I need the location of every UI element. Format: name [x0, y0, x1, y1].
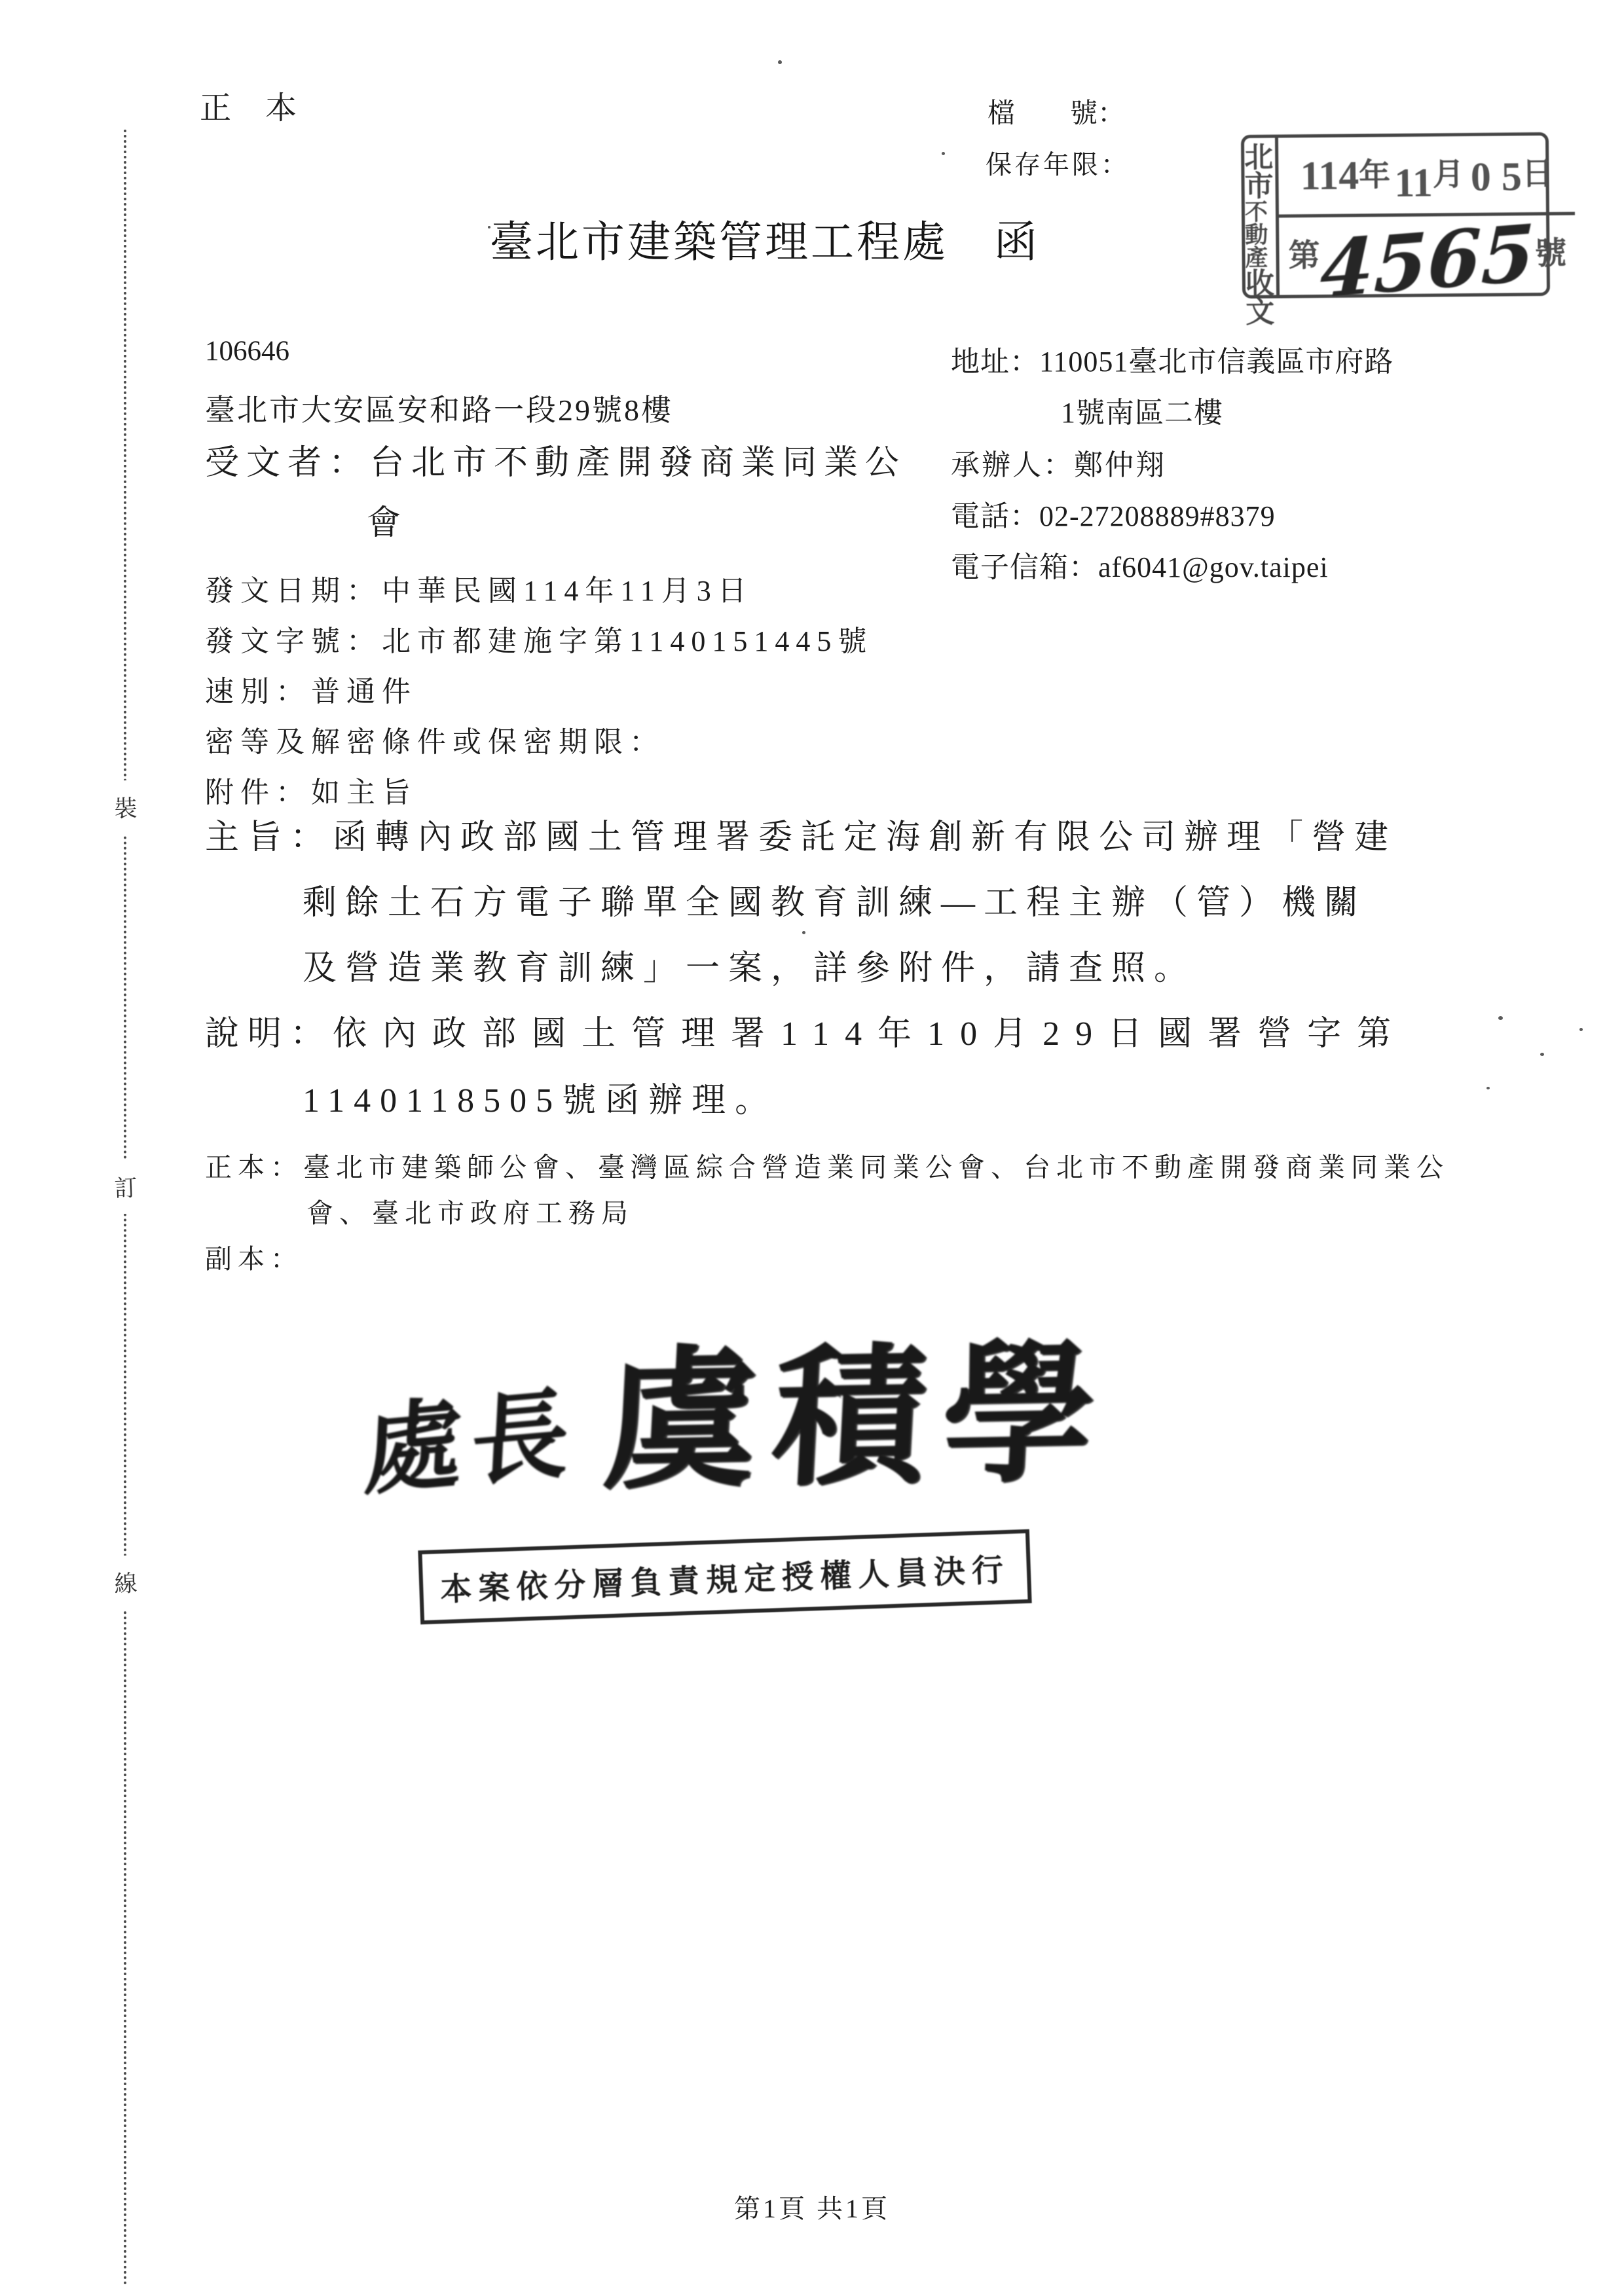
binding-mark-xian: 線: [111, 1555, 141, 1609]
page-footer: 第1頁 共1頁: [0, 2188, 1624, 2225]
stamp-number-handwritten: 4565: [1319, 214, 1536, 308]
subject-line1: 主旨：函轉內政部國土管理署委託定海創新有限公司辦理「營建: [205, 809, 1397, 858]
subject-label: 主旨：: [205, 819, 333, 856]
stamp-month: 11: [1394, 162, 1433, 204]
scan-speck: [1486, 1087, 1490, 1089]
copy-type-label: 正 本: [200, 82, 298, 128]
scan-speck: [802, 931, 805, 934]
contact-email: 電子信箱：af6041@gov.taipei: [951, 543, 1329, 585]
authorization-stamp: 本案依分層負責規定授權人員決行: [418, 1529, 1031, 1625]
stamp-year: 114: [1300, 155, 1359, 196]
document-code: 106646: [205, 335, 289, 367]
attachment-line: 附件：如主旨: [205, 769, 417, 811]
subject-text1: 函轉內政部國土管理署委託定海創新有限公司辦理「營建: [333, 819, 1397, 856]
contact-officer: 承辦人：鄭仲翔: [951, 441, 1166, 483]
stamp-month-unit: 月: [1433, 159, 1464, 191]
recipient-street-address: 臺北市大安區安和路一段29號8樓: [205, 386, 673, 429]
document-title: 臺北市建築管理工程處 函: [490, 207, 1040, 269]
original-label: 正本：: [205, 1152, 303, 1182]
original-recipients-line1: 正本：臺北市建築師公會、臺灣區綜合營造業同業公會、台北市不動產開發商業同業公: [205, 1146, 1449, 1184]
stamp-number-prefix: 第: [1288, 240, 1319, 272]
explanation-line1: 說明：依內政部國土管理署114年10月29日國署營字第: [205, 1006, 1407, 1055]
binding-mark-ding: 訂: [111, 1159, 141, 1214]
scan-speck: [1498, 1016, 1503, 1020]
explanation-line2: 1140118505號函辦理。: [303, 1072, 778, 1121]
binding-mark-zhuang: 裝: [111, 780, 141, 834]
scanned-official-letter: 裝 訂 線 正 本 檔 號： 保存年限： 北市 不動產 收文 114 年 11 …: [0, 0, 1624, 2296]
recipient-line: 受文者：台北市不動產開發商業同業公: [205, 435, 906, 484]
stamp-org-bottom: 收文: [1246, 270, 1277, 327]
contact-phone: 電話：02-27208889#8379: [951, 492, 1276, 534]
subject-line3: 及營造業教育訓練」一案，詳參附件，請查照。: [303, 940, 1196, 989]
copy-recipients-label: 副本：: [205, 1237, 303, 1276]
stamp-org-mid: 不動產: [1245, 201, 1276, 270]
reference-number-line: 發文字號：北市都建施字第1140151445號: [205, 617, 873, 659]
explanation-text1: 依內政部國土管理署114年10月29日國署營字第: [333, 1015, 1407, 1053]
contact-address-line2: 1號南區二樓: [1061, 389, 1223, 431]
retention-period-label: 保存年限：: [986, 144, 1130, 181]
receive-stamp: 北市 不動產 收文 114 年 11 月 05 日 第 4565 號: [1241, 132, 1550, 299]
scan-speck: [1540, 1053, 1544, 1056]
scan-speck: [1579, 1028, 1583, 1031]
security-class-line: 密等及解密條件或保密期限：: [205, 718, 665, 760]
stamp-year-unit: 年: [1359, 160, 1390, 191]
stamp-org-top: 北市: [1244, 143, 1276, 201]
stamp-date: 114 年 11 月 05 日: [1278, 136, 1576, 218]
receive-stamp-org: 北市 不動產 收文: [1244, 138, 1280, 295]
contact-address-line1: 地址：110051臺北市信義區市府路: [951, 338, 1393, 380]
scan-speck: [778, 60, 782, 64]
explanation-label: 說明：: [205, 1015, 333, 1053]
original-recipients-line2: 會、臺北市政府工務局: [306, 1192, 634, 1230]
speed-class-line: 速別：普通件: [205, 668, 417, 710]
stamp-number-row: 第 4565 號: [1279, 215, 1576, 295]
file-number-label: 檔 號：: [987, 92, 1125, 131]
original-list1: 臺北市建築師公會、臺灣區綜合營造業同業公會、台北市不動產開發商業同業公: [303, 1152, 1449, 1182]
issue-date-line: 發文日期：中華民國114年11月3日: [205, 567, 753, 609]
signature-name: 虞積學: [600, 1339, 1115, 1500]
scan-speck: [942, 152, 945, 155]
stamp-number-suffix: 號: [1535, 238, 1566, 270]
subject-line2: 剩餘土石方電子聯單全國教育訓練—工程主辦（管）機關: [303, 875, 1367, 924]
signature-title: 處長: [361, 1385, 581, 1503]
scan-speck: [488, 226, 490, 228]
receive-stamp-body: 114 年 11 月 05 日 第 4565 號: [1278, 136, 1576, 295]
stamp-day: 05: [1471, 156, 1533, 198]
recipient-line-wrap: 會: [367, 495, 401, 544]
director-signature: 處長 虞積學: [362, 1339, 1113, 1504]
